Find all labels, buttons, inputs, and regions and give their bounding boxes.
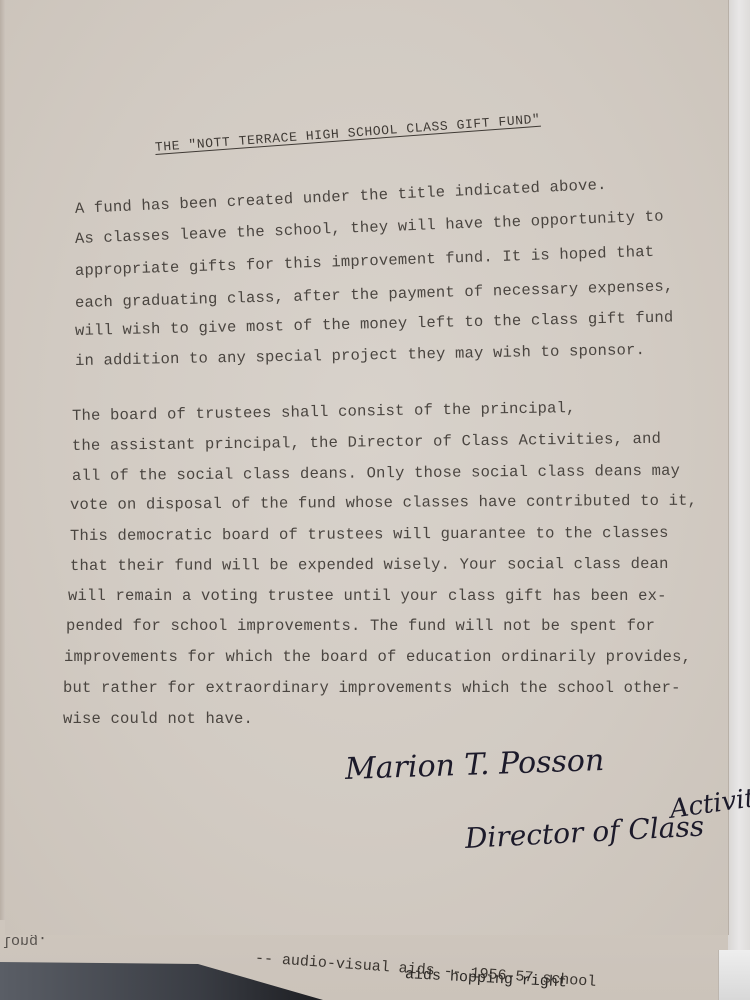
paragraph2-line6: that their fund will be expended wisely.… (70, 555, 669, 575)
photo-scene: long. THE "NOTT TERRACE HIGH SCHOOL CLAS… (0, 0, 750, 1000)
paragraph2-line8: pended for school improvements. The fund… (66, 617, 655, 635)
paragraph2-line2: the assistant principal, the Director of… (72, 430, 661, 455)
paragraph2-line4: vote on disposal of the fund whose class… (70, 492, 697, 514)
paragraph2-line11: wise could not have. (63, 710, 253, 728)
paragraph2-line10: but rather for extraordinary improvement… (63, 679, 681, 697)
paragraph2-line5: This democratic board of trustees will g… (70, 524, 669, 545)
signature-title: Director of Class (464, 809, 705, 854)
backdrop-right-strip (728, 0, 750, 1000)
typed-page: THE "NOTT TERRACE HIGH SCHOOL CLASS GIFT… (5, 0, 729, 935)
corner-card (718, 950, 750, 1000)
paragraph1-line3: appropriate gifts for this improvement f… (75, 243, 655, 280)
signature-name: Marion T. Posson (344, 743, 604, 787)
paragraph1-line5: will wish to give most of the money left… (75, 308, 674, 340)
paragraph1-line4: each graduating class, after the payment… (75, 277, 674, 312)
paragraph2-line7: will remain a voting trustee until your … (68, 587, 667, 605)
paragraph2-line1: The board of trustees shall consist of t… (72, 399, 576, 425)
paragraph1-line6: in addition to any special project they … (75, 341, 645, 370)
paragraph2-line9: improvements for which the board of educ… (64, 648, 691, 666)
document-title: THE "NOTT TERRACE HIGH SCHOOL CLASS GIFT… (154, 112, 541, 155)
paragraph2-line3: all of the social class deans. Only thos… (72, 462, 680, 485)
